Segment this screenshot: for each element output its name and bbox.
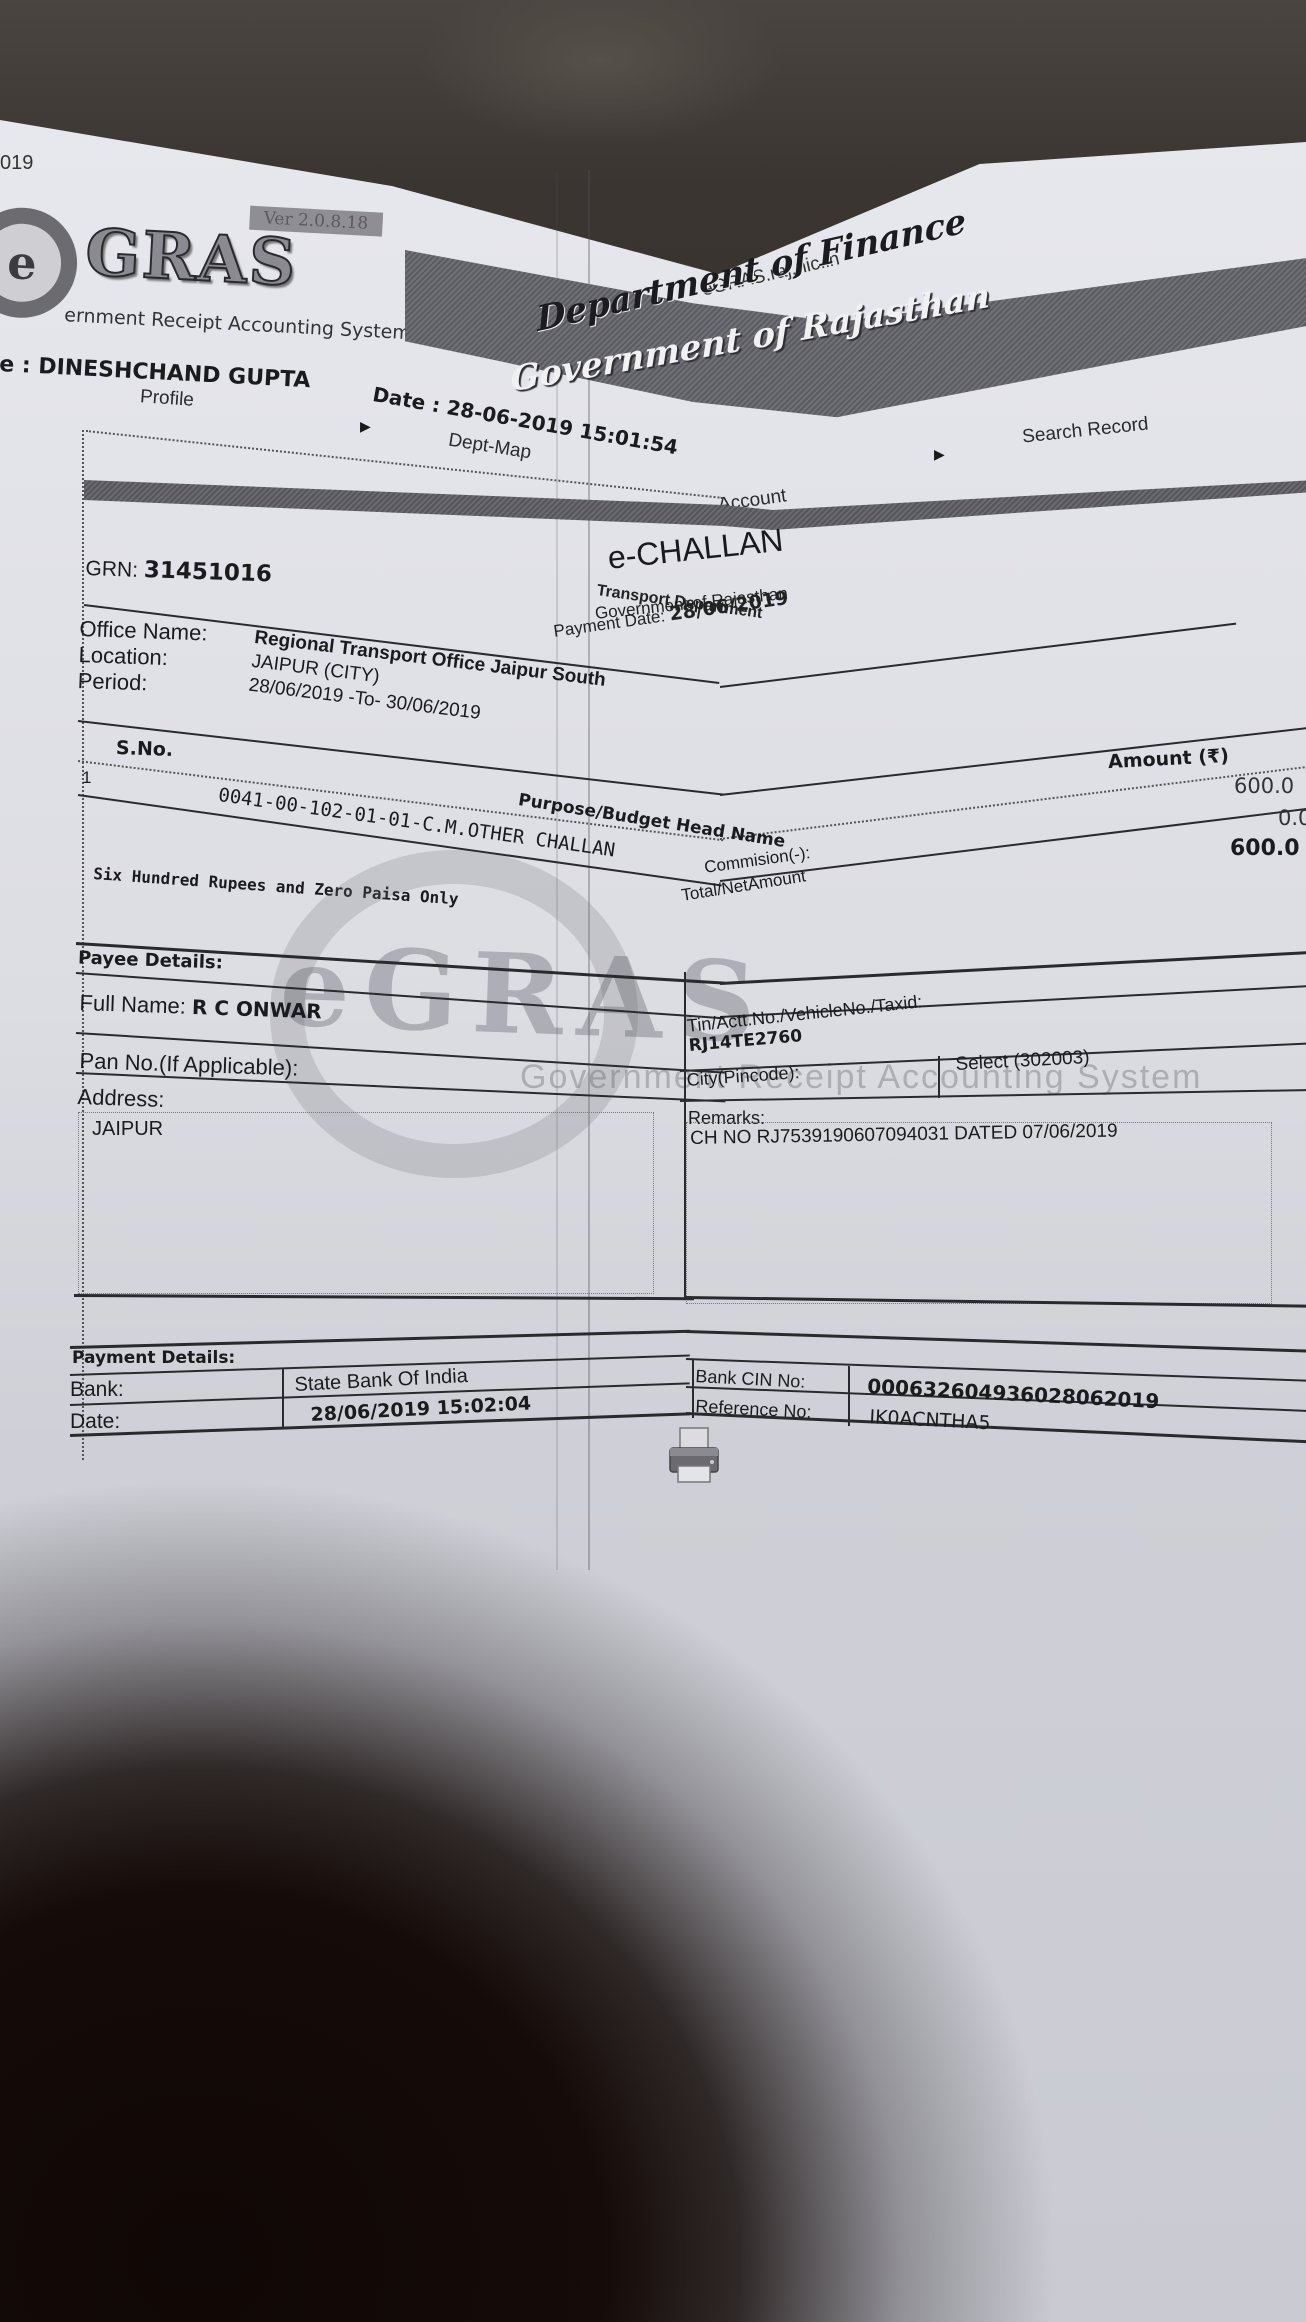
office-labels: Office Name: Location: Period: bbox=[77, 616, 256, 700]
full-name-label: Full Name: bbox=[79, 990, 186, 1019]
cell-divider bbox=[692, 1360, 694, 1418]
payment-details-heading: Payment Details: bbox=[72, 1348, 235, 1368]
egras-logo-emblem-icon: e bbox=[0, 205, 80, 321]
address-value: JAIPUR bbox=[92, 1118, 163, 1141]
egras-logo: e GRAS ernment Receipt Accounting System… bbox=[0, 205, 399, 377]
full-name-value: R C ONWAR bbox=[192, 995, 323, 1024]
total-amount-value: 600.0 bbox=[1230, 836, 1300, 861]
remarks-textarea[interactable] bbox=[686, 1122, 1272, 1304]
grn-value: 31451016 bbox=[143, 557, 272, 587]
printer-icon[interactable] bbox=[664, 1424, 724, 1488]
logo-subtitle: ernment Receipt Accounting System bbox=[64, 304, 412, 344]
menu-profile[interactable]: Profile bbox=[139, 386, 194, 412]
table-row-amount: 600.0 bbox=[1234, 774, 1294, 798]
payment-date-label: Date: bbox=[70, 1410, 120, 1434]
cell-divider bbox=[282, 1368, 284, 1428]
commission-value: 0.0 bbox=[1278, 806, 1306, 830]
address-label: Address: bbox=[77, 1084, 165, 1113]
bank-label: Bank: bbox=[70, 1378, 124, 1402]
header-year-fragment: 019 bbox=[0, 152, 33, 175]
grn-label: GRN: bbox=[85, 557, 138, 582]
col-header-sno: S.No. bbox=[116, 737, 174, 761]
table-row-sno: 1 bbox=[82, 768, 91, 788]
cell-divider bbox=[848, 1366, 850, 1426]
cell-divider bbox=[938, 1056, 940, 1098]
address-textarea[interactable] bbox=[78, 1112, 654, 1294]
